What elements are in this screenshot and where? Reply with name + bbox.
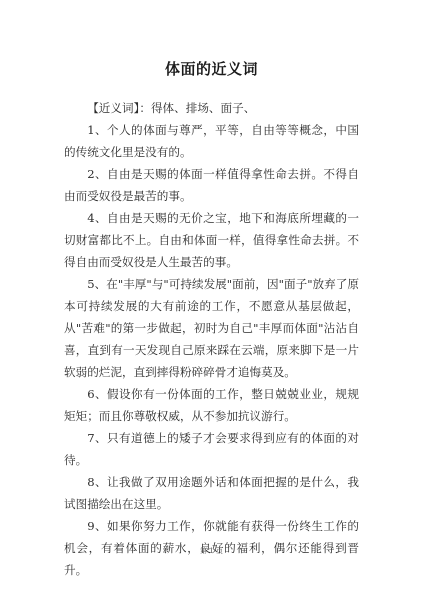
paragraph-6: 6、假设你有一份体面的工作，整日兢兢业业，规规矩矩；而且你尊敬权威，从不参加抗议… (64, 383, 359, 427)
document-page: 体面的近义词 【近义词】：得体、排场、面子、 1、个人的体面与尊严，平等，自由等… (0, 0, 423, 600)
paragraph-5: 5、在"丰厚"与"可持续发展"面前，因"面子"放弃了原本可持续发展的大有前途的工… (64, 273, 359, 383)
paragraph-7: 7、只有道德上的矮子才会要求得到应有的体面的对待。 (64, 427, 359, 471)
page-number: 第 1 页 (0, 546, 423, 556)
document-title: 体面的近义词 (0, 58, 423, 79)
paragraph-1: 1、个人的体面与尊严，平等，自由等等概念，中国的传统文化里是没有的。 (64, 119, 359, 163)
paragraph-synonyms: 【近义词】：得体、排场、面子、 (64, 97, 359, 119)
document-body: 【近义词】：得体、排场、面子、 1、个人的体面与尊严，平等，自由等等概念，中国的… (64, 97, 359, 581)
paragraph-4: 4、自由是天赐的无价之宝，地下和海底所埋藏的一切财富都比不上。自由和体面一样，值… (64, 207, 359, 273)
paragraph-2: 2、自由是天赐的体面一样值得拿性命去拼。不得自由而受奴役是最苦的事。 (64, 163, 359, 207)
paragraph-8: 8、让我做了双用途题外话和体面把握的是什么，我试图描绘出在这里。 (64, 471, 359, 515)
